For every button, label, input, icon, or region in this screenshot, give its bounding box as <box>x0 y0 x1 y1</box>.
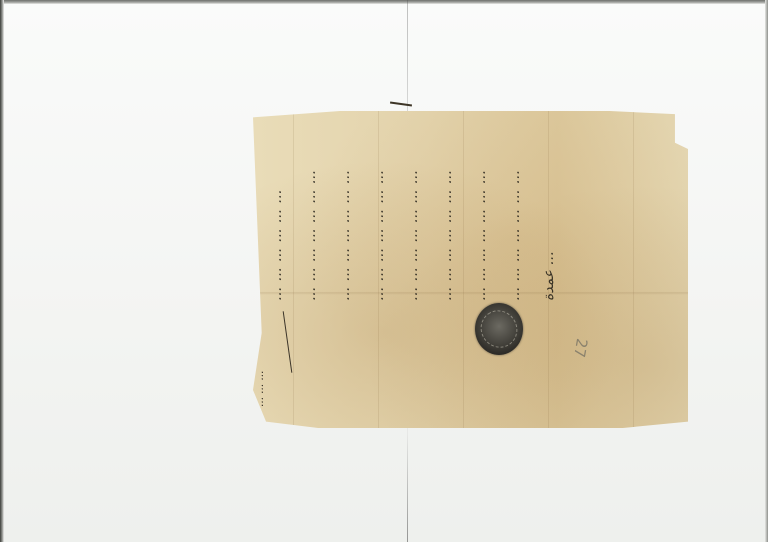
text-line: … … … … … … … <box>333 121 357 301</box>
seal-emblem <box>475 303 523 355</box>
text-line: … … … … … … … <box>503 121 527 301</box>
text-line: … … … … … … … <box>435 121 459 301</box>
text-line: … … … … … … <box>265 121 289 301</box>
manuscript-text-block: عمدة … … … … … … … … … … … … … … … … … …… <box>261 121 561 301</box>
scanner-top-edge <box>0 0 768 4</box>
text-line: … … … … … … … <box>469 121 493 301</box>
archive-number: 27 <box>570 337 591 359</box>
scanner-left-edge <box>0 0 4 542</box>
text-line: … … … … … … … <box>401 121 425 301</box>
ink-edge-mark <box>390 101 412 106</box>
wax-seal-icon <box>475 303 523 355</box>
text-line: … … … … … … … <box>299 121 323 301</box>
scan-background: عمدة … … … … … … … … … … … … … … … … … …… <box>0 0 768 542</box>
manuscript-page: عمدة … … … … … … … … … … … … … … … … … …… <box>253 111 688 428</box>
text-line: … … … … … … … <box>367 121 391 301</box>
margin-note: … … … <box>255 307 266 407</box>
text-line: عمدة … <box>537 121 561 301</box>
